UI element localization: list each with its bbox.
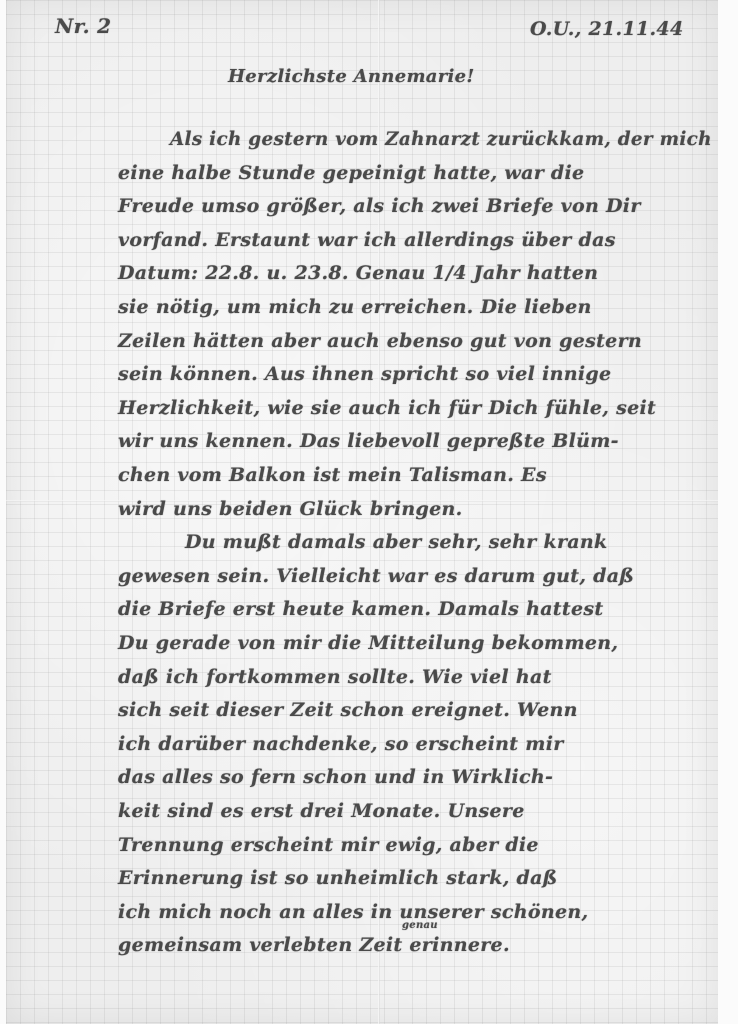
letter-line: das alles so fern schon und in Wirklich- [118, 766, 553, 788]
letter-number: Nr. 2 [55, 14, 111, 38]
letter-line: gewesen sein. Vielleicht war es darum gu… [118, 565, 634, 587]
letter-line: keit sind es erst drei Monate. Unsere [118, 800, 525, 822]
interlinear-insertion: genau [402, 920, 438, 931]
letter-line: Trennung erscheint mir ewig, aber die [118, 834, 539, 856]
letter-line: Zeilen hätten aber auch ebenso gut von g… [118, 330, 642, 352]
letter-line: vorfand. Erstaunt war ich allerdings übe… [118, 229, 616, 251]
letter-line: Als ich gestern vom Zahnarzt zurückkam, … [170, 128, 712, 150]
letter-line: daß ich fortkommen sollte. Wie viel hat [118, 666, 552, 688]
letter-line: wir uns kennen. Das liebevoll gepreßte B… [118, 430, 619, 452]
letter-line: wird uns beiden Glück bringen. [118, 498, 463, 520]
letter-line: ich mich noch an alles in unserer schöne… [118, 901, 588, 923]
letter-line: sein können. Aus ihnen spricht so viel i… [118, 363, 611, 385]
letter-line: sich seit dieser Zeit schon ereignet. We… [118, 699, 578, 721]
letter-line: sie nötig, um mich zu erreichen. Die lie… [118, 296, 592, 318]
salutation: Herzlichste Annemarie! [228, 66, 475, 87]
letter-line: chen vom Balkon ist mein Talisman. Es [118, 464, 547, 486]
letter-line: gemeinsam verlebten Zeit erinnere. [118, 934, 510, 956]
letter-line: Freude umso größer, als ich zwei Briefe … [118, 195, 641, 217]
letter-line: eine halbe Stunde gepeinigt hatte, war d… [118, 162, 584, 184]
letter-line: Herzlichkeit, wie sie auch ich für Dich … [118, 397, 656, 419]
letter-line: Erinnerung ist so unheimlich stark, daß [118, 867, 557, 889]
letter-line: Datum: 22.8. u. 23.8. Genau 1/4 Jahr hat… [118, 262, 598, 284]
letter-line: Du mußt damals aber sehr, sehr krank [185, 531, 607, 553]
letter-line: ich darüber nachdenke, so erscheint mir [118, 733, 564, 755]
letter-line: die Briefe erst heute kamen. Damals hatt… [118, 598, 603, 620]
letter-line: Du gerade von mir die Mitteilung bekomme… [118, 632, 618, 654]
place-and-date: O.U., 21.11.44 [530, 18, 683, 40]
